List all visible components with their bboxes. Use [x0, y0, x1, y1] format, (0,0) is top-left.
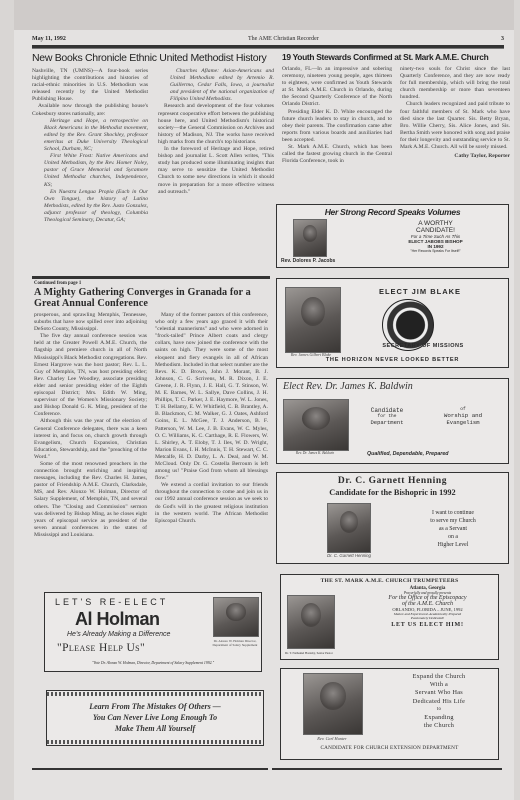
granada-col-2: Many of the former pastors of this confe… [155, 312, 268, 525]
holman-ad-line1: LET'S RE-ELECT [55, 597, 168, 607]
books-paragraph: Research and development of the four vol… [158, 103, 274, 146]
jacobs-ad-title: Her Strong Record Speaks Volumes [277, 207, 508, 217]
blake-photo [285, 287, 341, 353]
trumpeteers-line: Passionately Dedicated! [361, 616, 494, 620]
newspaper-page: May 11, 1992 The AME Christian Recorder … [14, 0, 514, 800]
books-col-1: Nashville, TN (UMNS)—A four-book series … [32, 68, 148, 224]
henning-ad-body: I want to continue to serve my Church as… [403, 509, 503, 549]
ad-blake: Rev. James Gilbert Blake ELECT JIM BLAKE… [276, 278, 509, 368]
baldwin-line: Candidate [357, 407, 417, 414]
stewards-col-1: Orlando, FL—In an impressive and soberin… [282, 66, 392, 165]
hunter-ad-body: Expand the Church With a Servant Who Has… [389, 673, 489, 730]
hunter-ad-footer: CANDIDATE FOR CHURCH EXTENSION DEPARTMEN… [281, 745, 498, 751]
stewards-paragraph: Orlando, FL—In an impressive and soberin… [282, 66, 392, 109]
proverb-text: Learn From The Mistakes Of Others — You … [51, 701, 259, 734]
trumpeteers-ad-body: Atlanta, Georgia Prayerfully and proudly… [361, 586, 494, 628]
jacobs-line: CANDIDATE! [367, 227, 504, 234]
page-header: May 11, 1992 The AME Christian Recorder … [32, 36, 504, 42]
stewards-col-2: ninety-two souls for Christ since the la… [400, 66, 510, 160]
header-rule [32, 45, 504, 49]
books-paragraph: Available now through the publishing hou… [32, 103, 148, 117]
books-bullet: Heritage and Hope, a retrospective on Bl… [32, 118, 148, 153]
hunter-line: Expand the Church [389, 673, 489, 681]
ad-jacobs: Her Strong Record Speaks Volumes Rev. Do… [276, 204, 509, 268]
holman-photo [213, 597, 259, 637]
ad-henning: Dr. C. Garnett Henning Candidate for the… [276, 472, 509, 564]
granada-paragraph: We extend a cordial invitation to our fr… [155, 482, 268, 525]
proverb-line: Make Them All Yourself [51, 723, 259, 734]
books-bullet: Churches Aflame: Asian-Americans and Uni… [158, 68, 274, 103]
decorative-border-bottom [47, 740, 263, 744]
baldwin-right-text: of Worship and Evangelism [427, 407, 499, 426]
issue-date: May 11, 1992 [32, 36, 66, 42]
hunter-line: Dedicated His Life [389, 698, 489, 706]
baldwin-line: Evangelism [427, 419, 499, 426]
holman-ad-plea: "Please Help Us" [57, 642, 145, 654]
footer-rule-right [272, 768, 502, 770]
blake-ad-subtitle: SECRETARY OF MISSIONS [343, 343, 503, 349]
granada-paragraph: The five day annual conference session w… [34, 333, 147, 418]
stewards-paragraph: ninety-two souls for Christ since the la… [400, 66, 510, 101]
page-number: 3 [501, 36, 504, 42]
blake-ad-tagline: THE HORIZON NEVER LOOKED BETTER [281, 357, 504, 363]
stewards-paragraph: Church leaders recognized and paid tribu… [400, 101, 510, 151]
baldwin-caption: Rev. Dr. James K. Baldwin [283, 451, 347, 455]
granada-paragraph: Although this was the year of the electi… [34, 418, 147, 461]
headline-stewards: 19 Youth Stewards Confirmed at St. Mark … [282, 52, 512, 62]
jacobs-ad-body: A WORTHY CANDIDATE! For a Time Such As T… [367, 220, 504, 253]
article-books: New Books Chronicle Ethnic United Method… [32, 52, 280, 64]
books-bullet: First White Frost: Native Americans and … [32, 153, 148, 188]
books-bullet: En Nuestra Lengua Propia (Each in Our Ow… [32, 189, 148, 224]
baldwin-ad-tagline: Qualified, Dependable, Prepared [367, 451, 449, 457]
holman-ad-name: Al Holman [75, 609, 160, 630]
hornsby-photo [287, 595, 335, 649]
proverb-line: Learn From The Mistakes Of Others — [51, 701, 259, 712]
baldwin-photo [283, 399, 349, 451]
ad-hunter: Rev. Carl Hunter Expand the Church With … [280, 668, 499, 760]
henning-line: Higher Level [403, 541, 503, 549]
jacobs-photo [293, 219, 327, 257]
granada-paragraph: Some of the most renowned preachers in t… [34, 461, 147, 539]
holman-ad-tagline: He's Already Making a Difference [67, 631, 170, 638]
henning-ad-title: Dr. C. Garnett Henning [277, 476, 508, 486]
decorative-border-top [47, 692, 263, 696]
blake-ad-title: ELECT JIM BLAKE [345, 287, 495, 296]
section-rule [32, 276, 270, 279]
article-granada: Continued from page 1 A Mighty Gathering… [34, 281, 270, 309]
headline-granada: A Mighty Gathering Converges in Granada … [34, 287, 270, 309]
ad-baldwin: Elect Rev. Dr. James K. Baldwin Rev. Dr.… [276, 378, 509, 464]
hunter-line: Expanding [389, 714, 489, 722]
hunter-line: the Church [389, 722, 489, 730]
proverb-line: You Can Never Live Long Enough To [51, 712, 259, 723]
granada-paragraph: prosperous, and sprawling Memphis, Tenne… [34, 312, 147, 333]
ad-holman: LET'S RE-ELECT Al Holman He's Already Ma… [44, 592, 262, 672]
baldwin-line: Worship and [427, 412, 499, 419]
henning-photo [327, 503, 371, 553]
baldwin-ad-title: Elect Rev. Dr. James K. Baldwin [283, 381, 413, 392]
trumpeteers-ad-title: THE ST. MARK A.M.E. CHURCH TRUMPETEERS [281, 578, 498, 584]
henning-caption: Dr. C. Garnett Henning [305, 553, 393, 558]
stewards-paragraph: Presiding Elder K. D. White encouraged t… [282, 109, 392, 144]
stewards-paragraph: St. Mark A.M.E. Church, which has been c… [282, 144, 392, 165]
hunter-line: With a [389, 681, 489, 689]
granada-paragraph: Many of the former pastors of this confe… [155, 312, 268, 482]
headline-books: New Books Chronicle Ethnic United Method… [32, 52, 280, 64]
henning-ad-subtitle: Candidate for the Bishopric in 1992 [277, 488, 508, 497]
granada-col-1: prosperous, and sprawling Memphis, Tenne… [34, 312, 147, 539]
jacobs-line: "Her Records Speaks For Itself!" [367, 249, 504, 253]
henning-line: on a [403, 533, 503, 541]
jacobs-caption: Rev. Dolores P. Jacobs [281, 258, 335, 264]
trumpeteers-caption: Dr. T. Nathaniel Hornsby, Senior Pastor [285, 651, 333, 655]
granada-kicker: Continued from page 1 [34, 281, 270, 286]
hunter-caption: Rev. Carl Hunter [303, 736, 361, 741]
hunter-line: to [389, 706, 489, 714]
ad-trumpeteers: THE ST. MARK A.M.E. CHURCH TRUMPETEERS D… [280, 574, 499, 660]
henning-line: I want to continue [403, 509, 503, 517]
article-stewards: 19 Youth Stewards Confirmed at St. Mark … [282, 52, 512, 62]
henning-line: as a Servant [403, 525, 503, 533]
books-paragraph: Nashville, TN (UMNS)—A four-book series … [32, 68, 148, 103]
baldwin-left-text: Candidate for the Department [357, 407, 417, 426]
scan-top-margin [14, 0, 514, 30]
books-paragraph: In the foreword of Heritage and Hope, re… [158, 146, 274, 196]
trumpeteers-cta: LET US ELECT HIM! [361, 622, 494, 628]
books-col-2: Churches Aflame: Asian-Americans and Uni… [158, 68, 274, 196]
holman-caption: Dr. Alonzo W. Holman Director, Departmen… [211, 639, 259, 647]
hunter-photo [303, 673, 363, 735]
jacobs-line: A WORTHY [367, 220, 504, 227]
byline: Cathy Taylor, Reporter [400, 153, 510, 160]
henning-line: to serve my Church [403, 517, 503, 525]
footer-rule-left [32, 768, 268, 770]
proverb-box: Learn From The Mistakes Of Others — You … [46, 690, 264, 746]
hunter-line: Servant Who Has [389, 689, 489, 697]
publication-name: The AME Christian Recorder [248, 36, 319, 42]
holman-ad-footer: "Vote Dr. Alonzo W. Holman, Director, De… [49, 661, 257, 665]
baldwin-line: Department [357, 419, 417, 426]
